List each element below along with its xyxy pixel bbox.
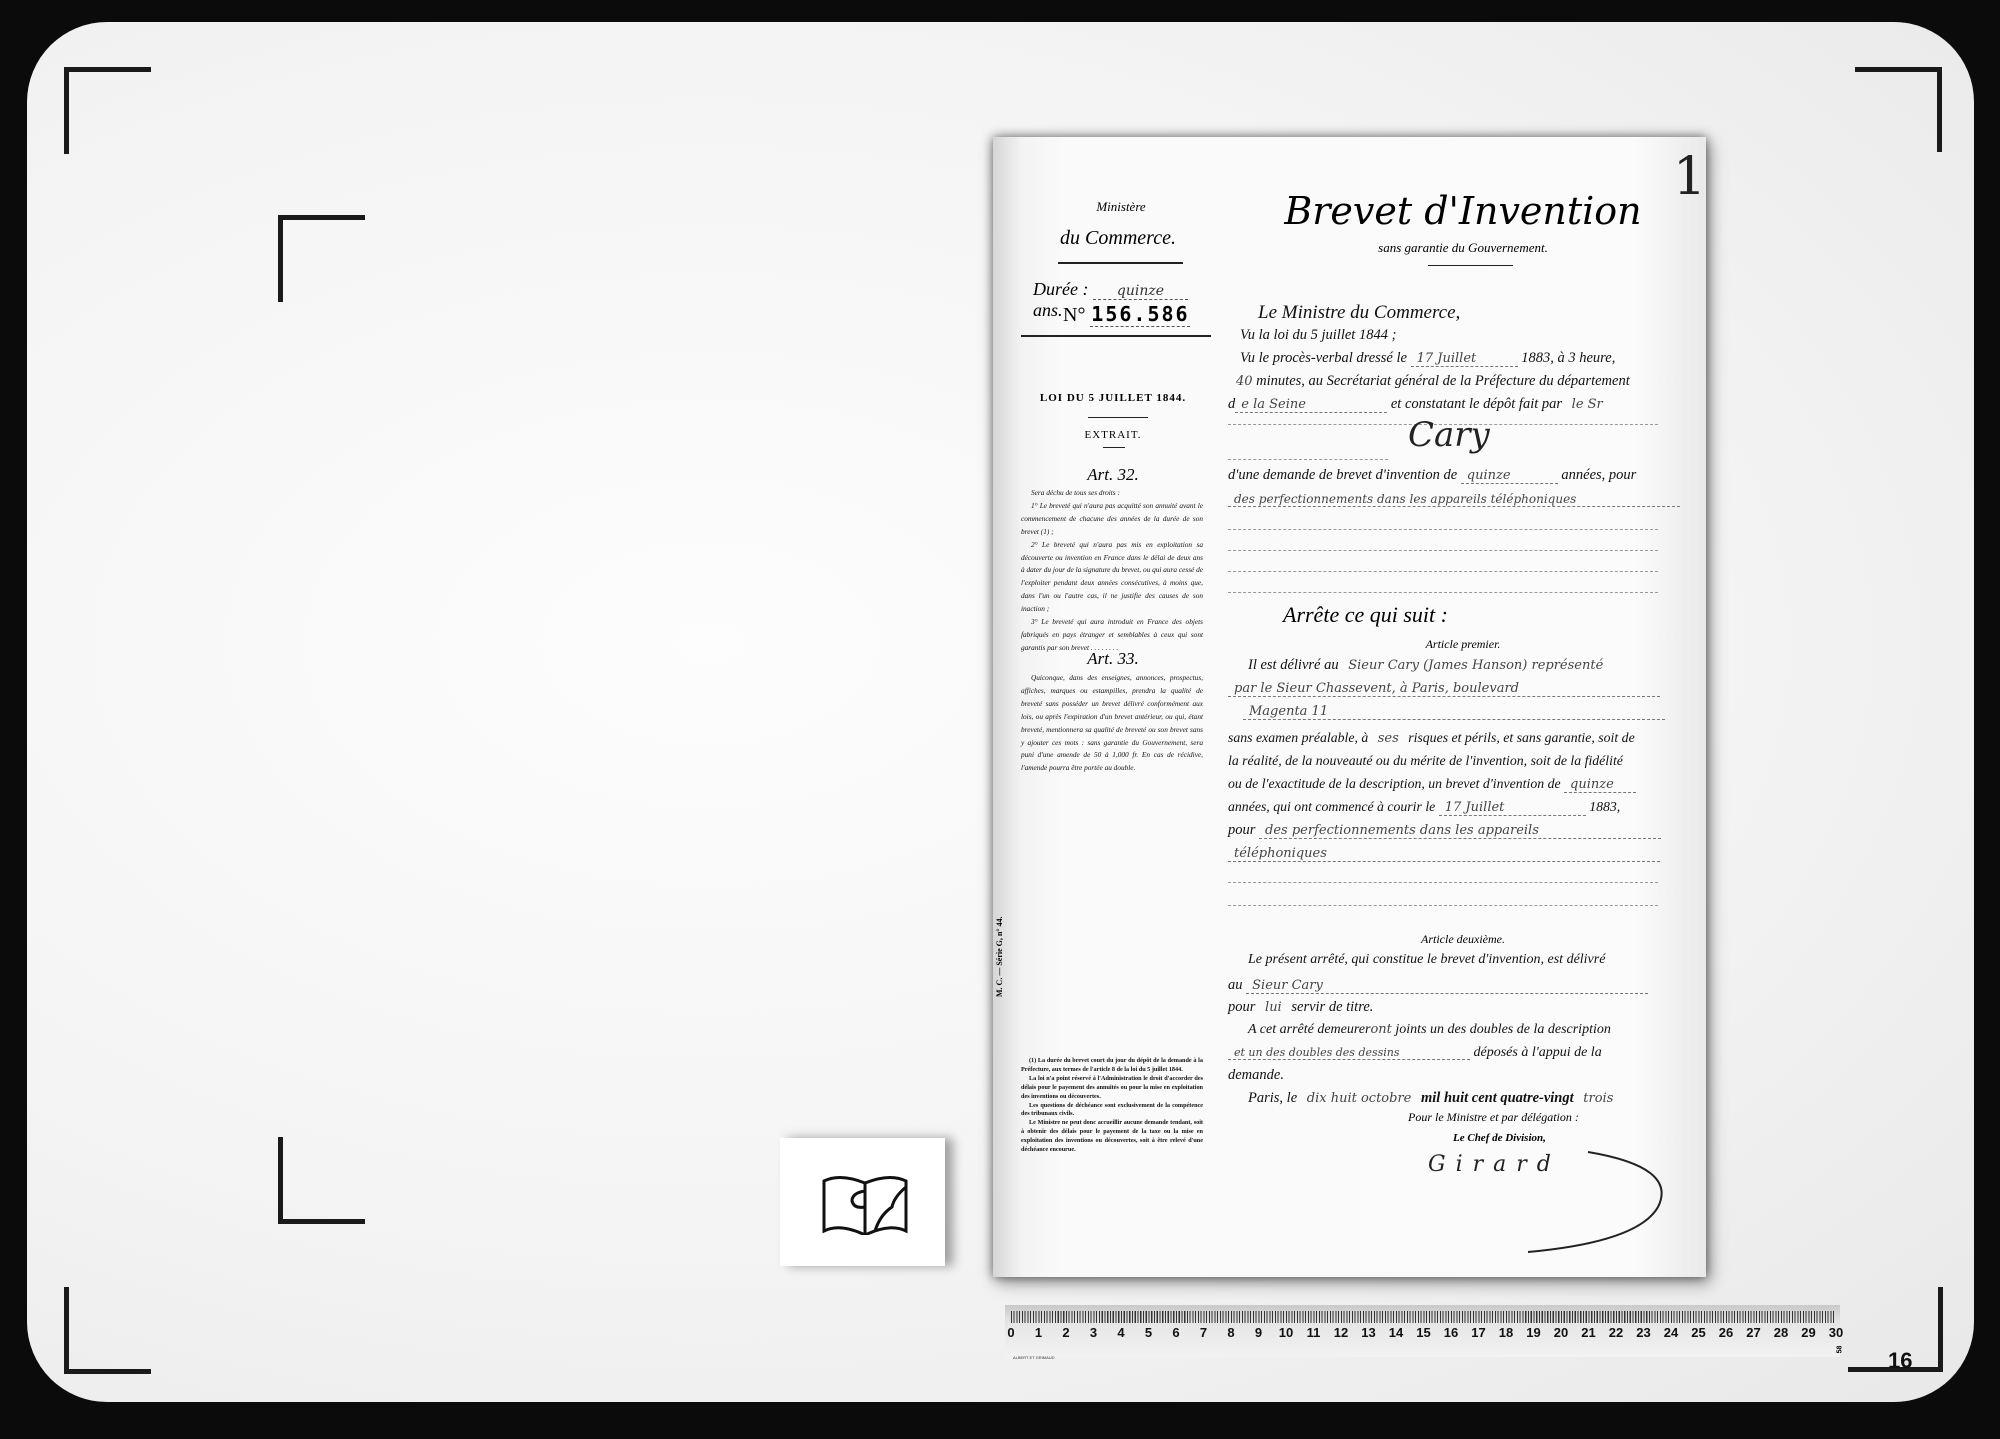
art2-text: demande. bbox=[1228, 1067, 1698, 1084]
pv-date: 17 Juillet bbox=[1411, 351, 1518, 367]
ruler-label: 8 bbox=[1227, 1325, 1234, 1340]
vu-loi-line: Vu la loi du 5 juillet 1844 ; bbox=[1240, 327, 1710, 344]
patent-number-field: N° 156.586 bbox=[1063, 302, 1190, 327]
crop-mark-inner-top-left bbox=[278, 215, 365, 302]
chef-division: Le Chef de Division, bbox=[1453, 1132, 1546, 1144]
open-book-map-icon bbox=[820, 1173, 910, 1235]
ruler-label: 28 bbox=[1774, 1325, 1788, 1340]
crop-mark-top-left bbox=[64, 67, 151, 154]
art1-start-line: années, qui ont commencé à courir le 17 … bbox=[1228, 799, 1698, 816]
issue-date: dix huit octobre bbox=[1301, 1091, 1418, 1106]
ruler-label: 2 bbox=[1062, 1325, 1069, 1340]
ruler-label: 18 bbox=[1499, 1325, 1513, 1340]
arrete-heading: Arrête ce qui suit : bbox=[1283, 602, 1448, 628]
ruler-label: 24 bbox=[1664, 1325, 1678, 1340]
art32-body: Sera déchu de tous ses droits : 1° Le br… bbox=[1021, 487, 1203, 655]
ruler-label: 14 bbox=[1389, 1325, 1403, 1340]
ministere-heading: Ministère bbox=[1051, 199, 1191, 215]
document-title: Brevet d'Invention bbox=[1228, 189, 1698, 233]
signature-flourish bbox=[1378, 1147, 1678, 1257]
crop-mark-top-right bbox=[1855, 67, 1942, 152]
ruler-label: 4 bbox=[1117, 1325, 1124, 1340]
art33-title: Art. 33. bbox=[1023, 649, 1203, 669]
ruler-label: 21 bbox=[1581, 1325, 1595, 1340]
ruler-label: 5 bbox=[1145, 1325, 1152, 1340]
ruler-label: 25 bbox=[1691, 1325, 1705, 1340]
measurement-ruler: 0123456789101112131415161718192021222324… bbox=[1005, 1305, 1840, 1357]
ruler-label: 27 bbox=[1746, 1325, 1760, 1340]
departement-line: de la Seine et constatant le dépôt fait … bbox=[1228, 396, 1698, 413]
demande-line: d'une demande de brevet d'invention de q… bbox=[1228, 467, 1698, 484]
ruler-label: 12 bbox=[1334, 1325, 1348, 1340]
crop-mark-inner-bottom-left bbox=[278, 1137, 365, 1224]
ruler-label: 23 bbox=[1636, 1325, 1650, 1340]
minister-heading: Le Ministre du Commerce, bbox=[1258, 302, 1728, 324]
ruler-label: 29 bbox=[1801, 1325, 1815, 1340]
divider bbox=[1088, 417, 1148, 418]
art1-text: sans examen préalable, à ses risques et … bbox=[1228, 730, 1698, 746]
art2-holder-line: au Sieur Cary bbox=[1228, 977, 1698, 994]
art1-representative-line: par le Sieur Chassevent, à Paris, boulev… bbox=[1228, 680, 1698, 697]
ruler-ticks bbox=[1011, 1311, 1836, 1323]
art2-holder: Sieur Cary bbox=[1246, 978, 1648, 994]
article2-title: Article deuxième. bbox=[1228, 932, 1698, 947]
art2-text: Le présent arrêté, qui constitue le brev… bbox=[1248, 952, 1718, 968]
form-line bbox=[1228, 592, 1658, 593]
ruler-label: 22 bbox=[1609, 1325, 1623, 1340]
patent-holder: Sieur Cary (James Hanson) représenté bbox=[1342, 658, 1609, 673]
ruler-label: 30 bbox=[1829, 1325, 1843, 1340]
commerce-heading: du Commerce. bbox=[1033, 227, 1203, 250]
art1-years: quinze bbox=[1564, 777, 1636, 793]
ruler-unit-mark: 58 bbox=[1836, 1346, 1843, 1354]
art33-body: Quiconque, dans des enseignes, annonces,… bbox=[1021, 672, 1203, 775]
ruler-label: 9 bbox=[1255, 1325, 1262, 1340]
crop-mark-bottom-left bbox=[64, 1287, 151, 1374]
form-line bbox=[1228, 550, 1658, 551]
ruler-maker: ALBERT ET GRIMAUD bbox=[1013, 1355, 1055, 1360]
ruler-label: 11 bbox=[1307, 1325, 1321, 1340]
document-subtitle: sans garantie du Gouvernement. bbox=[1228, 240, 1698, 256]
extrait-heading: EXTRAIT. bbox=[1023, 429, 1203, 441]
ruler-label: 15 bbox=[1416, 1325, 1430, 1340]
right-column: 1 Brevet d'Invention sans garantie du Go… bbox=[1228, 137, 1698, 1277]
ruler-label: 1 bbox=[1035, 1325, 1042, 1340]
archive-logo-card bbox=[780, 1138, 945, 1266]
invention-object: des perfectionnements dans les appareils… bbox=[1228, 492, 1680, 507]
paris-date-line: Paris, le dix huit octobre mil huit cent… bbox=[1248, 1090, 1718, 1107]
patent-document: Ministère du Commerce. Durée : quinze an… bbox=[993, 137, 1706, 1277]
form-line bbox=[1228, 905, 1658, 906]
ruler-label: 16 bbox=[1444, 1325, 1458, 1340]
art1-object: des perfectionnements dans les appareils bbox=[1259, 823, 1661, 839]
series-code: M. C. — Série G, n° 44. bbox=[995, 916, 1004, 997]
demande-object-line: des perfectionnements dans les appareils… bbox=[1228, 491, 1698, 508]
delegation-line: Pour le Ministre et par délégation : bbox=[1408, 1110, 1579, 1125]
depositor-name: Cary bbox=[1408, 415, 1878, 455]
form-line bbox=[1228, 882, 1658, 883]
art2-joints-line: A cet arrêté demeureront joints un des d… bbox=[1248, 1022, 1718, 1038]
ruler-label: 6 bbox=[1172, 1325, 1179, 1340]
form-line bbox=[1228, 571, 1658, 572]
art1-address-line: Magenta 11 bbox=[1243, 703, 1713, 720]
divider bbox=[1103, 447, 1125, 448]
art1-text: ou de l'exactitude de la description, un… bbox=[1228, 776, 1698, 793]
art1-holder-line: Il est délivré au Sieur Cary (James Hans… bbox=[1248, 657, 1718, 674]
departement-value: e la Seine bbox=[1235, 397, 1387, 413]
patent-number: 156.586 bbox=[1090, 302, 1190, 327]
art2-titre-line: pour lui servir de titre. bbox=[1228, 999, 1698, 1016]
divider bbox=[1021, 335, 1211, 337]
art1-object-line: pour des perfectionnements dans les appa… bbox=[1228, 822, 1698, 839]
ornament-divider bbox=[1058, 262, 1183, 264]
law-title: LOI DU 5 JUILLET 1844. bbox=[1023, 392, 1203, 404]
footnotes: (1) La durée du brevet court du jour du … bbox=[1021, 1057, 1203, 1155]
ruler-label: 0 bbox=[1007, 1325, 1014, 1340]
ruler-label: 26 bbox=[1719, 1325, 1733, 1340]
demande-years: quinze bbox=[1461, 468, 1558, 484]
vu-pv-line: Vu le procès-verbal dressé le 17 Juillet… bbox=[1240, 350, 1710, 367]
form-line bbox=[1228, 459, 1388, 460]
minutes-value: 40 bbox=[1236, 374, 1253, 389]
left-column: Ministère du Commerce. Durée : quinze an… bbox=[993, 137, 1203, 1277]
form-line bbox=[1228, 529, 1658, 530]
art32-title: Art. 32. bbox=[1023, 465, 1203, 485]
art2-attachments: et un des doubles des dessins bbox=[1228, 1046, 1470, 1060]
ruler-label: 10 bbox=[1279, 1325, 1293, 1340]
ruler-label: 7 bbox=[1200, 1325, 1207, 1340]
art1-start-date: 17 Juillet bbox=[1439, 800, 1586, 816]
ornament-divider bbox=[1428, 265, 1513, 266]
sheet-number: 16 bbox=[1888, 1348, 1912, 1374]
ruler-label: 13 bbox=[1361, 1325, 1375, 1340]
representative: par le Sieur Chassevent, à Paris, boulev… bbox=[1228, 681, 1660, 697]
ruler-label: 19 bbox=[1526, 1325, 1540, 1340]
art1-object-line-2: téléphoniques bbox=[1228, 845, 1698, 862]
article1-title: Article premier. bbox=[1228, 637, 1698, 652]
minutes-line: 40 minutes, au Secrétariat général de la… bbox=[1236, 373, 1706, 390]
representative-address: Magenta 11 bbox=[1243, 704, 1665, 720]
ruler-label: 3 bbox=[1090, 1325, 1097, 1340]
art1-text: la réalité, de la nouveauté ou du mérite… bbox=[1228, 753, 1698, 769]
ruler-label: 17 bbox=[1471, 1325, 1485, 1340]
art2-attach-line: et un des doubles des dessins déposés à … bbox=[1228, 1045, 1698, 1061]
ruler-label: 20 bbox=[1554, 1325, 1568, 1340]
duree-value: quinze bbox=[1093, 283, 1188, 300]
